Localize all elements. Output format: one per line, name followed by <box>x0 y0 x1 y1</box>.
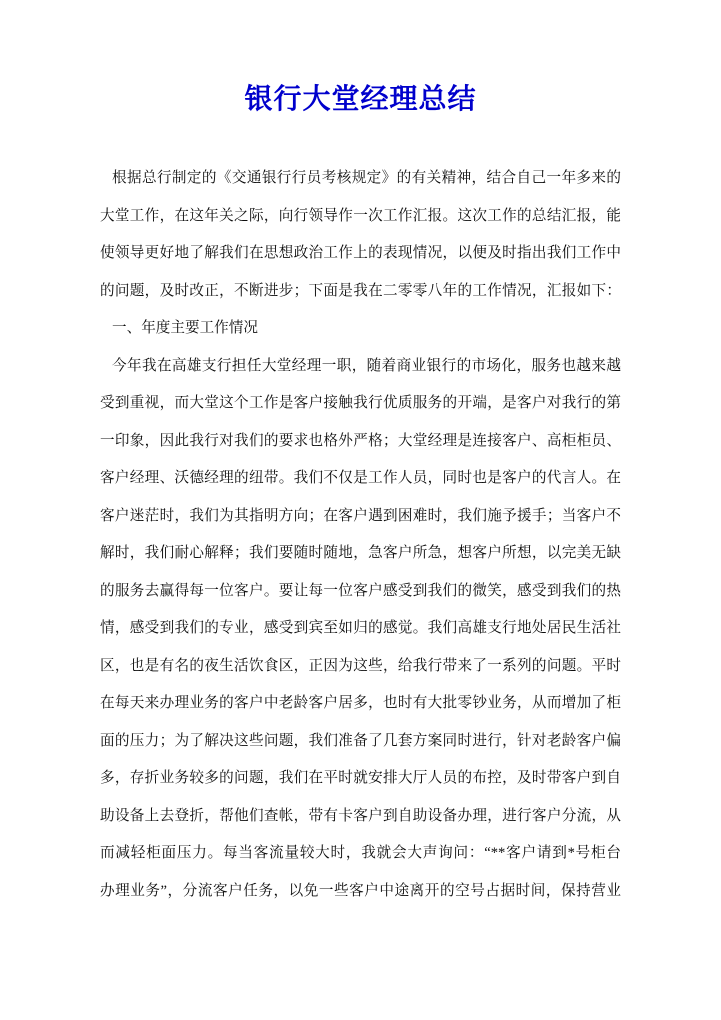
text-line: 大堂工作，在这年关之际，向行领导作一次工作汇报。这次工作的总结汇报，能 <box>100 198 621 236</box>
text-line: 情，感受到我们的专业，感受到宾至如归的感觉。我们高雄支行地处居民生活社 <box>100 610 621 648</box>
document-body: 根据总行制定的《交通银行行员考核规定》的有关精神，结合自己一年多来的大堂工作，在… <box>100 160 621 910</box>
document-title: 银行大堂经理总结 <box>0 82 721 118</box>
text-line: 的问题，及时改正，不断进步；下面是我在二零零八年的工作情况，汇报如下： <box>100 273 621 311</box>
text-line: 使领导更好地了解我们在思想政治工作上的表现情况，以便及时指出我们工作中 <box>100 235 621 273</box>
text-line: 今年我在高雄支行担任大堂经理一职，随着商业银行的市场化，服务也越来越 <box>100 348 621 386</box>
text-line: 的服务去赢得每一位客户。要让每一位客户感受到我们的微笑，感受到我们的热 <box>100 573 621 611</box>
text-line: 客户迷茫时，我们为其指明方向；在客户遇到困难时，我们施予援手；当客户不 <box>100 498 621 536</box>
document-page: 银行大堂经理总结 根据总行制定的《交通银行行员考核规定》的有关精神，结合自己一年… <box>0 0 721 1020</box>
text-line: 在每天来办理业务的客户中老龄客户居多，也时有大批零钞业务，从而增加了柜 <box>100 685 621 723</box>
text-line: 根据总行制定的《交通银行行员考核规定》的有关精神，结合自己一年多来的 <box>100 160 621 198</box>
text-line: 解时，我们耐心解释；我们要随时随地，急客户所急，想客户所想，以完美无缺 <box>100 535 621 573</box>
text-line: 一印象，因此我行对我们的要求也格外严格；大堂经理是连接客户、高柜柜员、 <box>100 423 621 461</box>
text-line: 客户经理、沃德经理的纽带。我们不仅是工作人员，同时也是客户的代言人。在 <box>100 460 621 498</box>
text-line: 区，也是有名的夜生活饮食区，正因为这些，给我行带来了一系列的问题。平时 <box>100 648 621 686</box>
text-line: 办理业务”，分流客户任务，以免一些客户中途离开的空号占据时间，保持营业 <box>100 873 621 911</box>
text-line: 受到重视，而大堂这个工作是客户接触我行优质服务的开端，是客户对我行的第 <box>100 385 621 423</box>
heading-line: 一、年度主要工作情况 <box>100 310 621 348</box>
text-line: 助设备上去登折，帮他们查帐，带有卡客户到自助设备办理，进行客户分流，从 <box>100 798 621 836</box>
text-line: 而减轻柜面压力。每当客流量较大时，我就会大声询问：“**客户请到*号柜台 <box>100 835 621 873</box>
text-line: 多，存折业务较多的问题，我们在平时就安排大厅人员的布控，及时带客户到自 <box>100 760 621 798</box>
text-line: 面的压力；为了解决这些问题，我们准备了几套方案同时进行，针对老龄客户偏 <box>100 723 621 761</box>
